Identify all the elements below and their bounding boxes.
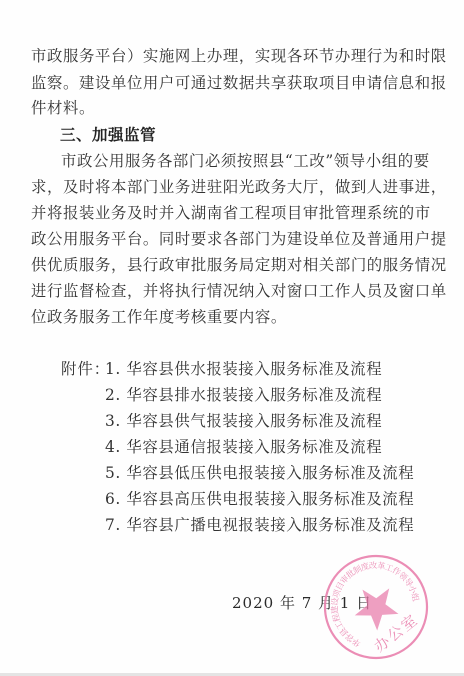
- paragraph-line: 件材料。: [31, 99, 431, 117]
- attachment-item: 4. 华容县通信报装接入服务标准及流程: [105, 438, 382, 456]
- document-page: 市政服务平台）实施网上办理，实现各环节办理行为和时限 监察。建设单位用户可通过数…: [0, 0, 464, 674]
- paragraph-line: 位政务服务工作年度考核重要内容。: [31, 308, 431, 326]
- attachment-item: 5. 华容县低压供电报装接入服务标准及流程: [105, 464, 414, 482]
- attachments-label: 附件：: [61, 360, 110, 378]
- attachment-item: 6. 华容县高压供电报装接入服务标准及流程: [105, 490, 414, 508]
- paragraph-line: 市政公用服务各部门必须按照县“工改”领导小组的要: [61, 152, 461, 170]
- section-heading: 三、加强监管: [60, 126, 156, 144]
- attachment-item: 2. 华容县排水报装接入服务标准及流程: [105, 386, 382, 404]
- paragraph-line: 供优质服务，县行政审批服务局定期对相关部门的服务情况: [31, 256, 431, 274]
- paragraph-line: 监察。建设单位用户可通过数据共享获取项目申请信息和报: [31, 74, 431, 92]
- official-seal: 华容县工程建设项目审批制度改革工作领导小组 办公室: [322, 553, 430, 661]
- attachment-item: 7. 华容县广播电视报装接入服务标准及流程: [105, 516, 414, 534]
- paragraph-line: 政公用服务平台。同时要求各部门为建设单位及普通用户提: [31, 230, 431, 248]
- paragraph-line: 市政服务平台）实施网上办理，实现各环节办理行为和时限: [31, 47, 431, 65]
- attachment-item: 1. 华容县供水报装接入服务标准及流程: [105, 360, 382, 378]
- attachment-item: 3. 华容县供气报装接入服务标准及流程: [105, 412, 382, 430]
- paragraph-line: 进行监督检查，并将执行情况纳入对窗口工作人员及窗口单: [31, 282, 431, 300]
- paragraph-line: 求，及时将本部门业务进驻阳光政务大厅，做到人进事进，: [31, 178, 431, 196]
- paragraph-line: 并将报装业务及时并入湖南省工程项目审批管理系统的市: [31, 204, 431, 222]
